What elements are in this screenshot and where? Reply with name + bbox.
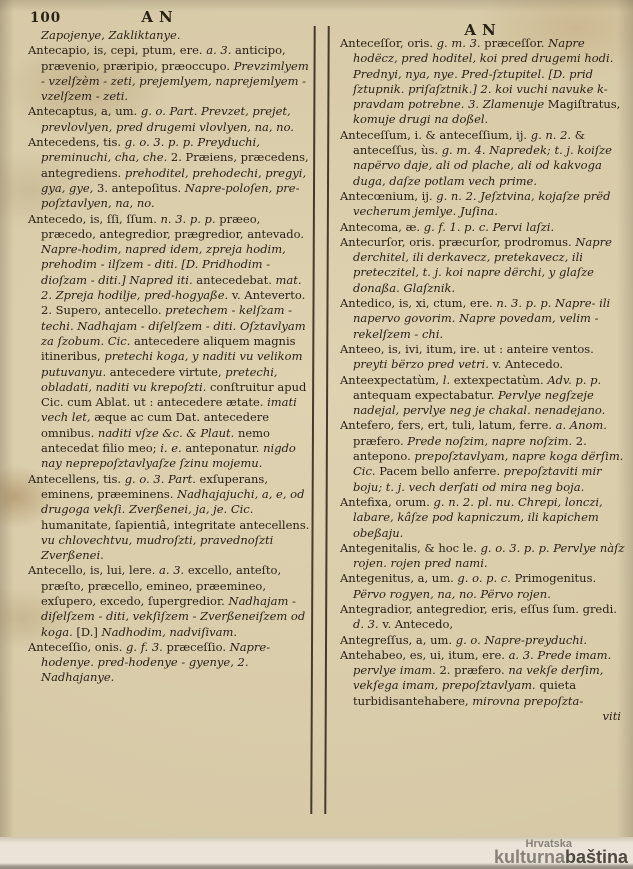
left-column: Zapojenye, Zakliktanye. Antecapio, is, c… [28, 28, 312, 810]
text-segment-roman: præceſſor. [484, 36, 548, 50]
text-segment-italic: g. o. 3. Part. [125, 472, 200, 486]
text-segment-italic: g. o. Napre-preyduchi. [456, 633, 587, 647]
text-segment-roman: antecedere virtute, [110, 365, 226, 379]
text-segment-roman: extexpectatùm. [454, 373, 548, 387]
text-segment-roman: Antecapio, is, cepi, ptum, ere. [28, 43, 206, 57]
dictionary-entry: Antecaptus, a, um. g. o. Part. Prevzet, … [28, 104, 312, 135]
text-segment-roman: Antefixa, orum. [340, 495, 434, 509]
text-segment-roman: anteponatur. [185, 441, 263, 455]
text-segment-roman: Anteceſſor, oris. [340, 36, 437, 50]
text-segment-italic: l. [443, 373, 454, 387]
text-segment-italic: g. n. 2. [531, 128, 575, 142]
dictionary-entry: Anteceſſum, i. & anteceſſium, ij. g. n. … [340, 128, 627, 189]
text-segment-roman: Antegenitalis, & hoc le. [340, 541, 481, 555]
text-segment-roman: Antecello, is, lui, lere. [28, 563, 159, 577]
text-segment-roman: Antegradior, antegredior, eris, eſſus ſu… [340, 602, 617, 616]
text-segment-roman: Primogenitus. [515, 571, 597, 585]
scan-bottom-edge: Hrvatska kulturnabaština [0, 837, 633, 869]
watermark: Hrvatska kulturnabaština [494, 837, 628, 866]
text-segment-italic: n. 3. p. p. [161, 212, 220, 226]
text-segment-roman: v. Antecedo, [382, 617, 453, 631]
dictionary-entry: Antegenitalis, & hoc le. g. o. 3. p. p. … [340, 541, 627, 572]
text-segment-roman: antecedebat. [196, 273, 275, 287]
dictionary-entry: Antegenitus, a, um. g. o. p. c. Primogen… [340, 571, 627, 602]
text-segment-italic: naditi vſze &c. & Plaut. [98, 426, 238, 440]
text-segment-roman: humanitate, ſapientiâ, integritate antec… [41, 518, 309, 532]
text-segment-roman: Antecœnium, ij. [340, 189, 436, 203]
dictionary-entry: Antecellens, tis. g. o. 3. Part. exſuper… [28, 472, 312, 564]
text-segment-roman: præceſſio. [167, 640, 230, 654]
text-segment-roman: 2. præfero. [439, 663, 508, 677]
text-segment-roman: Antecoma, æ. [340, 220, 424, 234]
text-segment-italic: Prede noſzim, napre noſzim. [407, 434, 576, 448]
dictionary-entry: Antecello, is, lui, lere. a. 3. excello,… [28, 563, 312, 639]
text-segment-roman: Antecaptus, a, um. [28, 104, 141, 118]
text-segment-roman: præfero. [353, 434, 407, 448]
text-segment-italic: g. m. 3. [437, 36, 485, 50]
header-left-column: AN [0, 8, 320, 26]
dictionary-entry: Antecurſor, oris. præcurſor, prodromus. … [340, 235, 627, 296]
text-segment-roman: antequam expectabatur. [353, 388, 498, 402]
entry-continuation: Zapojenye, Zakliktanye. [28, 28, 312, 43]
text-segment-roman: Antecellens, tis. [28, 472, 125, 486]
text-segment-roman: v. Antecedo. [493, 357, 564, 371]
text-segment-roman: Antecedens, tis. [28, 135, 125, 149]
watermark-part-gray: kulturna [494, 847, 565, 867]
text-segment-roman: Antegenitus, a, um. [340, 571, 457, 585]
left-column-entries: Antecapio, is, cepi, ptum, ere. a. 3. an… [28, 43, 312, 685]
dictionary-entry: Anteexpectatùm, l. extexpectatùm. Adv. p… [340, 373, 627, 419]
dictionary-entry: Antecœnium, ij. g. n. 2. Jeſztvina, koja… [340, 189, 627, 220]
dictionary-entry: Antecedens, tis. g. o. 3. p. p. Preyduch… [28, 135, 312, 211]
watermark-line2: kulturnabaština [494, 848, 628, 866]
text-segment-roman: 3. antepoſitus. [97, 181, 185, 195]
text-segment-italic: Nadhodim, nadviſivam. [102, 625, 238, 639]
text-segment-italic: vu chlovechtvu, mudroſzti, pravednoſzti … [41, 533, 273, 562]
text-segment-italic: a. 3. [206, 43, 235, 57]
text-segment-italic: g. o. p. c. [457, 571, 514, 585]
watermark-part-dark: baština [565, 847, 628, 867]
text-segment-italic: i. e. [160, 441, 185, 455]
text-segment-roman: Antedico, is, xi, ctum, ere. [340, 296, 496, 310]
right-column-entries: Anteceſſor, oris. g. m. 3. præceſſor. Na… [340, 36, 627, 709]
text-segment-italic: Adv. p. p. [547, 373, 601, 387]
text-segment-roman: Anteeo, is, ivi, itum, ire. ut : anteire… [340, 342, 594, 356]
text-segment-roman: [D.] [76, 625, 101, 639]
text-segment-roman: Anteceſſio, onis. [28, 640, 126, 654]
text-segment-italic: g. f. 1. p. c. Pervi laſzi. [424, 220, 554, 234]
dictionary-entry: Antegradior, antegredior, eris, eſſus ſu… [340, 602, 627, 633]
dictionary-entry: Antefero, fers, ert, tuli, latum, ferre.… [340, 418, 627, 494]
text-segment-roman: Anteceſſum, i. & anteceſſium, ij. [340, 128, 531, 142]
text-segment-roman: Antecurſor, oris. præcurſor, prodromus. [340, 235, 575, 249]
dictionary-entry: Antehabeo, es, ui, itum, ere. a. 3. Pred… [340, 648, 627, 709]
dictionary-entry: Anteceſſio, onis. g. f. 3. præceſſio. Na… [28, 640, 312, 686]
text-segment-italic: g. f. 3. [126, 640, 166, 654]
dictionary-entry: Anteceſſor, oris. g. m. 3. præceſſor. Na… [340, 36, 627, 128]
right-column: Anteceſſor, oris. g. m. 3. præceſſor. Na… [340, 36, 627, 836]
catchword: viti [340, 709, 627, 724]
text-segment-roman: Magiſtratus, [548, 97, 621, 111]
text-segment-roman: Antehabeo, es, ui, itum, ere. [340, 648, 509, 662]
dictionary-entry: Antefixa, orum. g. n. 2. pl. nu. Chrepi,… [340, 495, 627, 541]
text-segment-italic: mirovna prepoſzta- [472, 694, 583, 708]
dictionary-entry: Antegreſſus, a, um. g. o. Napre-preyduch… [340, 633, 627, 648]
text-segment-italic: komuje drugi na doßel. [353, 112, 488, 126]
dictionary-entry: Antecedo, is, ſſi, ſſum. n. 3. p. p. præ… [28, 212, 312, 472]
dictionary-entry: Antecapio, is, cepi, ptum, ere. a. 3. an… [28, 43, 312, 104]
text-segment-italic: Zapojenye, Zakliktanye. [41, 28, 181, 42]
text-segment-italic: Përvo rogyen, na, no. Përvo rojen. [353, 587, 551, 601]
column-divider-rule [310, 26, 329, 814]
text-segment-roman: Antecedo, is, ſſi, ſſum. [28, 212, 161, 226]
text-segment-italic: a. 3. [159, 563, 188, 577]
dictionary-entry: Anteeo, is, ivi, itum, ire. ut : anteire… [340, 342, 627, 373]
dictionary-entry: Antecoma, æ. g. f. 1. p. c. Pervi laſzi. [340, 220, 627, 235]
scanned-page: 100 AN AN Zapojenye, Zakliktanye. Anteca… [0, 0, 633, 869]
text-segment-roman: Antefero, fers, ert, tuli, latum, ferre. [340, 418, 556, 432]
text-segment-roman: Pacem bello anferre. [379, 464, 503, 478]
text-segment-italic: d. 3. [353, 617, 382, 631]
text-segment-roman: Anteexpectatùm, [340, 373, 443, 387]
text-segment-italic: a. Anom. [556, 418, 607, 432]
dictionary-entry: Antedico, is, xi, ctum, ere. n. 3. p. p.… [340, 296, 627, 342]
text-segment-roman: Antegreſſus, a, um. [340, 633, 456, 647]
text-segment-italic: preyti bërzo pred vetri. [353, 357, 493, 371]
